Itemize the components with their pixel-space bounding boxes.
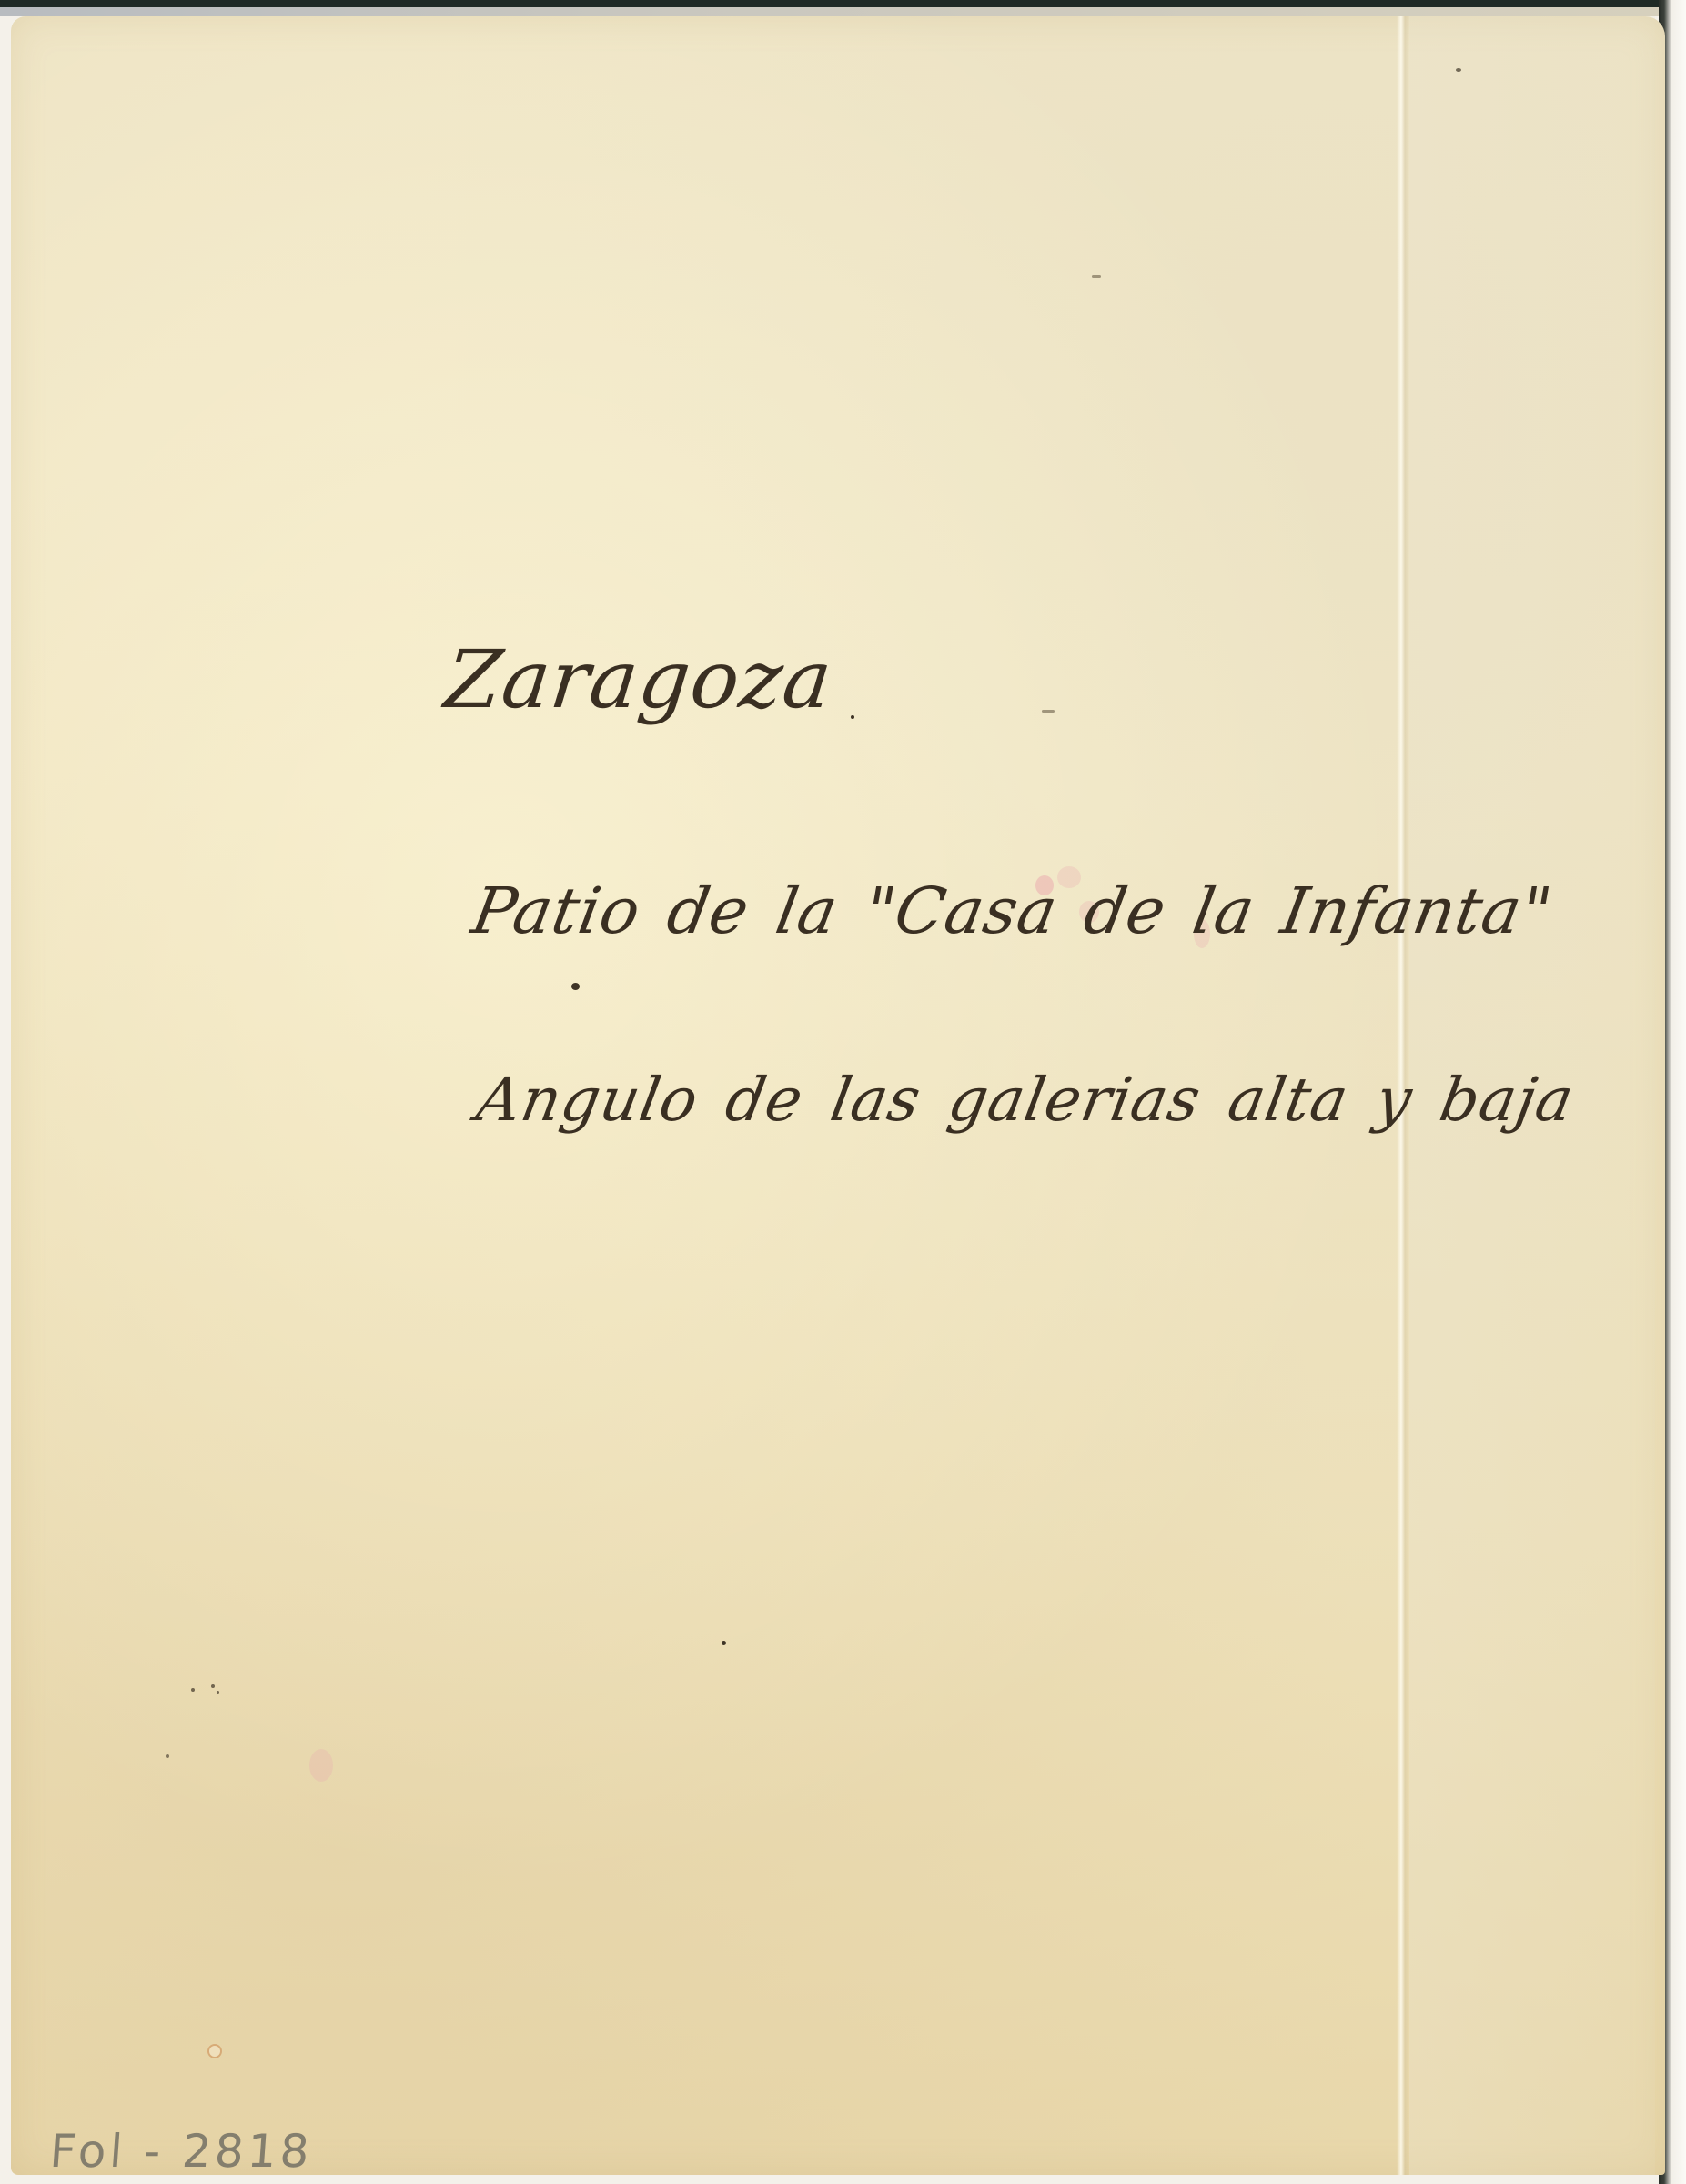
- ink-speck: [211, 1684, 215, 1688]
- catalog-number: Fol - 2818: [48, 2125, 315, 2178]
- ink-speck: [722, 1641, 726, 1645]
- handwritten-title: Zaragoza: [441, 632, 837, 726]
- ink-speck: [191, 1688, 195, 1692]
- ink-speck: [571, 983, 580, 990]
- pen-dash: [1092, 275, 1101, 278]
- pink-stain: [309, 1749, 333, 1782]
- ink-speck: [1456, 68, 1461, 72]
- ink-speck: [851, 715, 854, 719]
- ink-speck: [217, 1691, 219, 1694]
- ring-stain: [207, 2044, 222, 2058]
- scanner-backing-gap: [0, 7, 1686, 16]
- ink-speck: [166, 1754, 169, 1758]
- pen-dash: [1042, 710, 1055, 713]
- handwritten-subtitle: Patio de la "Casa de la Infanta": [467, 874, 1559, 948]
- handwritten-description: Angulo de las galerias alta y baja: [471, 1065, 1580, 1135]
